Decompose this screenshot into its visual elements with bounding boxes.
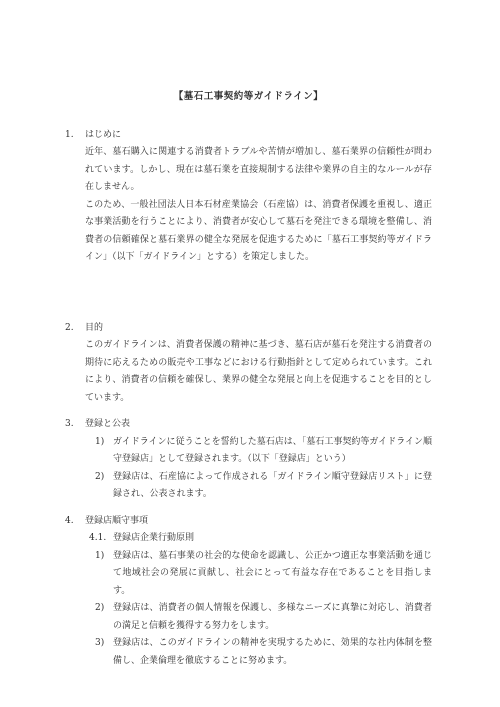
section-heading-row: 4.登録店順守事項 (65, 513, 432, 531)
item-text: ガイドラインに従うことを誓約した墓石店は、「墓石工事契約等ガイドライン順守登録店… (113, 434, 432, 469)
document-section: 1.はじめに近年、墓石購入に関連する消費者トラブルや苦情が増加し、墓石業界の信頼… (65, 127, 432, 267)
section-number: 1. (65, 127, 85, 145)
paragraph: このガイドラインは、消費者保護の精神に基づき、墓石店が墓石を発注する消費者の期待… (85, 337, 432, 407)
item-text: 登録店企業行動原則 (113, 530, 194, 548)
item-text: 登録店は、石産協によって作成される「ガイドライン順守登録店リスト」に登録され、公… (113, 469, 432, 504)
document-body: 1.はじめに近年、墓石購入に関連する消費者トラブルや苦情が増加し、墓石業界の信頼… (65, 127, 432, 671)
section-heading-row: 1.はじめに (65, 127, 432, 145)
section-title: 登録と公表 (85, 416, 130, 434)
document-page: 【墓石工事契約等ガイドライン】 1.はじめに近年、墓石購入に関連する消費者トラブ… (0, 0, 500, 707)
section-number: 4. (65, 513, 85, 531)
item-marker: 4.1. (89, 530, 113, 548)
item-marker: 3) (95, 635, 113, 670)
document-title: 【墓石工事契約等ガイドライン】 (65, 88, 432, 106)
document-section: 3.登録と公表1)ガイドラインに従うことを誓約した墓石店は、「墓石工事契約等ガイ… (65, 416, 432, 504)
item-marker: 2) (95, 469, 113, 504)
item-text: 登録店は、このガイドラインの精神を実現するために、効果的な社内体制を整備し、企業… (113, 635, 432, 670)
list-item: 1)登録店は、墓石事業の社会的な使命を認識し、公正かつ適正な事業活動を通じて地域… (95, 548, 432, 601)
document-section: 2.目的このガイドラインは、消費者保護の精神に基づき、墓石店が墓石を発注する消費… (65, 320, 432, 408)
item-marker: 1) (95, 548, 113, 601)
sub-section-heading: 4.1.登録店企業行動原則 (89, 530, 432, 548)
list-item: 1)ガイドラインに従うことを誓約した墓石店は、「墓石工事契約等ガイドライン順守登… (95, 434, 432, 469)
item-marker: 1) (95, 434, 113, 469)
section-heading-row: 2.目的 (65, 320, 432, 338)
list-item: 2)登録店は、石産協によって作成される「ガイドライン順守登録店リスト」に登録され… (95, 469, 432, 504)
section-title: はじめに (85, 127, 121, 145)
section-title: 登録店順守事項 (85, 513, 148, 531)
list-item: 3)登録店は、このガイドラインの精神を実現するために、効果的な社内体制を整備し、… (95, 635, 432, 670)
section-number: 3. (65, 416, 85, 434)
section-title: 目的 (85, 320, 103, 338)
item-marker: 2) (95, 600, 113, 635)
document-section: 4.登録店順守事項4.1.登録店企業行動原則1)登録店は、墓石事業の社会的な使命… (65, 513, 432, 671)
item-text: 登録店は、消費者の個人情報を保護し、多様なニーズに真摯に対応し、消費者の満足と信… (113, 600, 432, 635)
item-text: 登録店は、墓石事業の社会的な使命を認識し、公正かつ適正な事業活動を通じて地域社会… (113, 548, 432, 601)
section-number: 2. (65, 320, 85, 338)
paragraph: このため、一般社団法人日本石材産業協会（石産協）は、消費者保護を重視し、適正な事… (85, 197, 432, 267)
list-item: 2)登録店は、消費者の個人情報を保護し、多様なニーズに真摯に対応し、消費者の満足… (95, 600, 432, 635)
paragraph: 近年、墓石購入に関連する消費者トラブルや苦情が増加し、墓石業界の信頼性が問われて… (85, 144, 432, 197)
section-heading-row: 3.登録と公表 (65, 416, 432, 434)
